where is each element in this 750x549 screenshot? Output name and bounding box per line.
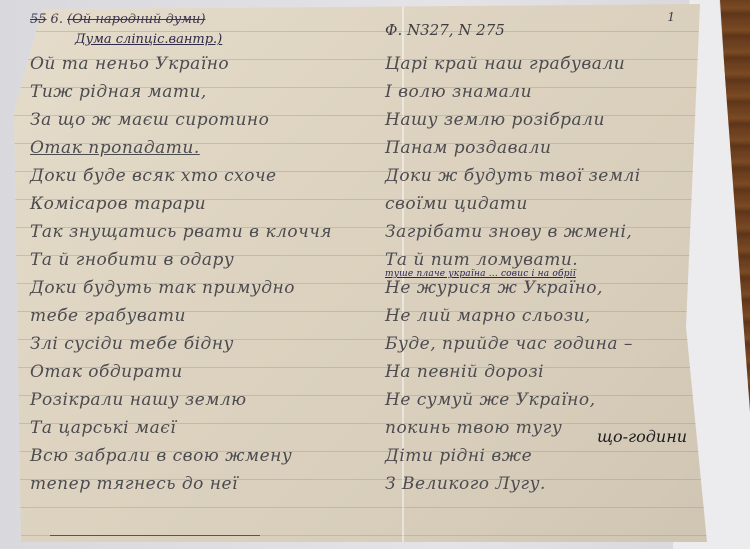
page-number: 1: [667, 10, 675, 24]
overlay-correction: що-години: [597, 427, 687, 446]
verse-line: Доки ж будуть твої землі: [385, 162, 715, 190]
document-title: Дума сліпціс.вантр.): [30, 30, 385, 50]
bottom-rule: [50, 535, 260, 536]
verse-line: І волю знамали: [385, 78, 715, 106]
verse-line: Нашу землю розібрали: [385, 106, 715, 134]
right-column: Ф. N327, N 275 1 Царі край наш грабували…: [385, 10, 715, 498]
verse-line: З Великого Лугу.: [385, 470, 715, 498]
verse-line: Злі сусіди тебе бідну: [30, 330, 385, 358]
verse-line: Та й гнобити в одару: [30, 246, 385, 274]
verse-line: Ой та неньо Україно: [30, 50, 385, 78]
verse-line: Царі край наш грабували: [385, 50, 715, 78]
verse-line: Та царські маєї: [30, 414, 385, 442]
verse-line: Доки будуть так примудно: [30, 274, 385, 302]
verse-line: тепер тягнесь до неї: [30, 470, 385, 498]
verse-line: Отак обдирати: [30, 358, 385, 386]
verse-line: своїми цидати: [385, 190, 715, 218]
verse-line: Всю забрали в свою жмену: [30, 442, 385, 470]
verse-line: Комісаров тарари: [30, 190, 385, 218]
catalog-number: 55: [30, 12, 47, 27]
verse-line: Не журися ж Україно,: [385, 274, 715, 302]
verse-line: Буде, прийде час година –: [385, 330, 715, 358]
verse-line: Панам роздавали: [385, 134, 715, 162]
verse-line: Загрібати знову в жмені,: [385, 218, 715, 246]
crossed-out-title: (Ой народний думи): [67, 12, 205, 27]
verse-line: Так знущатись рвати в клоччя: [30, 218, 385, 246]
archive-reference: Ф. N327, N 275: [385, 10, 715, 50]
verse-line: Не сумуй же Україно,: [385, 386, 715, 414]
left-column: 556. (Ой народний думи) Дума сліпціс.ван…: [30, 10, 385, 498]
catalog-suffix: 6.: [51, 12, 63, 27]
verse-line: Розікрали нашу землю: [30, 386, 385, 414]
verse-line: Тиж рідная мати,: [30, 78, 385, 106]
header-line: 556. (Ой народний думи): [30, 10, 385, 30]
verse-line: Не лий марно сльози,: [385, 302, 715, 330]
verse-line: Діти рідні вже: [385, 442, 715, 470]
verse-line: Доки буде всяк хто схоче: [30, 162, 385, 190]
verse-line: За що ж маєш сиротино: [30, 106, 385, 134]
verse-line: Отак пропадати.: [30, 134, 385, 162]
verse-line: тебе грабувати: [30, 302, 385, 330]
verse-line: На певній дорозі: [385, 358, 715, 386]
